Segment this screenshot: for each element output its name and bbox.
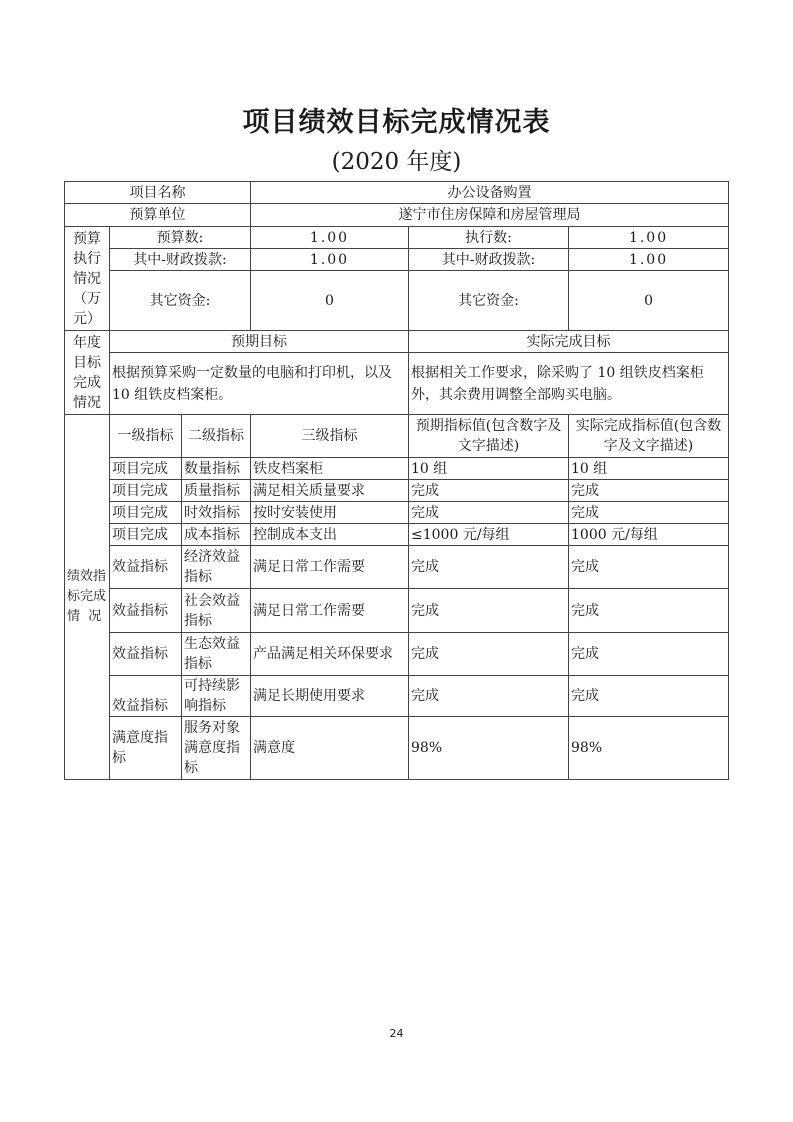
budget-row: 预算 执行 情况 （万 元） 预算数: 1.00 执行数: 1.00 bbox=[65, 227, 729, 249]
table-row: 项目完成 时效指标 按时安装使用 完成 完成 bbox=[65, 502, 729, 524]
project-name-label: 项目名称 bbox=[65, 182, 251, 204]
fiscal-executed-label: 其中-财政拨款: bbox=[409, 249, 569, 271]
table-row: 项目完成 数量指标 铁皮档案柜 10 组 10 组 bbox=[65, 458, 729, 480]
annual-goals-section-label: 年度 目标 完成 情况 bbox=[65, 331, 110, 415]
level2-header: 二级指标 bbox=[182, 415, 251, 458]
fiscal-budget-label: 其中-财政拨款: bbox=[110, 249, 251, 271]
expected-goal-text: 根据预算采购一定数量的电脑和打印机，以及 10 组铁皮档案柜。 bbox=[110, 353, 409, 415]
budget-amount-value: 1.00 bbox=[251, 227, 409, 249]
executed-amount-value: 1.00 bbox=[569, 227, 729, 249]
page-number: 24 bbox=[0, 1027, 793, 1040]
budget-unit-row: 预算单位 遂宁市住房保障和房屋管理局 bbox=[65, 204, 729, 227]
actual-value-header: 实际完成指标值(包含数字及文字描述) bbox=[569, 415, 729, 458]
other-funds-row: 其它资金: 0 其它资金: 0 bbox=[65, 271, 729, 331]
table-row: 项目完成 成本指标 控制成本支出 ≤1000 元/每组 1000 元/每组 bbox=[65, 524, 729, 546]
level1-header: 一级指标 bbox=[110, 415, 182, 458]
fiscal-executed-value: 1.00 bbox=[569, 249, 729, 271]
level3-header: 三级指标 bbox=[251, 415, 409, 458]
document-title: 项目绩效目标完成情况表 bbox=[0, 100, 793, 139]
indicator-header-row: 绩效指 标完成 情 况 一级指标 二级指标 三级指标 预期指标值(包含数字及文字… bbox=[65, 415, 729, 458]
budget-unit-value: 遂宁市住房保障和房屋管理局 bbox=[251, 204, 729, 227]
table-row: 效益指标 可持续影响指标 满足长期使用要求 完成 完成 bbox=[65, 676, 729, 717]
executed-amount-label: 执行数: bbox=[409, 227, 569, 249]
other-budget-label: 其它资金: bbox=[110, 271, 251, 331]
indicator-section-label: 绩效指 标完成 情 况 bbox=[65, 415, 110, 780]
actual-goal-header: 实际完成目标 bbox=[409, 331, 729, 353]
budget-section-label: 预算 执行 情况 （万 元） bbox=[65, 227, 110, 331]
fiscal-budget-value: 1.00 bbox=[251, 249, 409, 271]
actual-goal-text: 根据相关工作要求，除采购了 10 组铁皮档案柜外，其余费用调整全部购买电脑。 bbox=[409, 353, 729, 415]
fiscal-allocation-row: 其中-财政拨款: 1.00 其中-财政拨款: 1.00 bbox=[65, 249, 729, 271]
table-row: 效益指标 生态效益指标 产品满足相关环保要求 完成 完成 bbox=[65, 633, 729, 676]
project-name-value: 办公设备购置 bbox=[251, 182, 729, 204]
document-subtitle: (2020 年度) bbox=[0, 143, 793, 176]
project-name-row: 项目名称 办公设备购置 bbox=[65, 182, 729, 204]
annual-goals-content-row: 根据预算采购一定数量的电脑和打印机，以及 10 组铁皮档案柜。 根据相关工作要求… bbox=[65, 353, 729, 415]
expected-goal-header: 预期目标 bbox=[110, 331, 409, 353]
table-row: 满意度指标 服务对象满意度指标 满意度 98% 98% bbox=[65, 717, 729, 780]
budget-amount-label: 预算数: bbox=[110, 227, 251, 249]
expected-value-header: 预期指标值(包含数字及文字描述) bbox=[409, 415, 569, 458]
annual-goals-header-row: 年度 目标 完成 情况 预期目标 实际完成目标 bbox=[65, 331, 729, 353]
table-row: 项目完成 质量指标 满足相关质量要求 完成 完成 bbox=[65, 480, 729, 502]
budget-unit-label: 预算单位 bbox=[65, 204, 251, 227]
performance-table: 项目名称 办公设备购置 预算单位 遂宁市住房保障和房屋管理局 预算 执行 情况 … bbox=[64, 181, 729, 780]
other-budget-value: 0 bbox=[251, 271, 409, 331]
table-row: 效益指标 社会效益指标 满足日常工作需要 完成 完成 bbox=[65, 589, 729, 633]
table-row: 效益指标 经济效益指标 满足日常工作需要 完成 完成 bbox=[65, 546, 729, 589]
other-executed-value: 0 bbox=[569, 271, 729, 331]
other-executed-label: 其它资金: bbox=[409, 271, 569, 331]
